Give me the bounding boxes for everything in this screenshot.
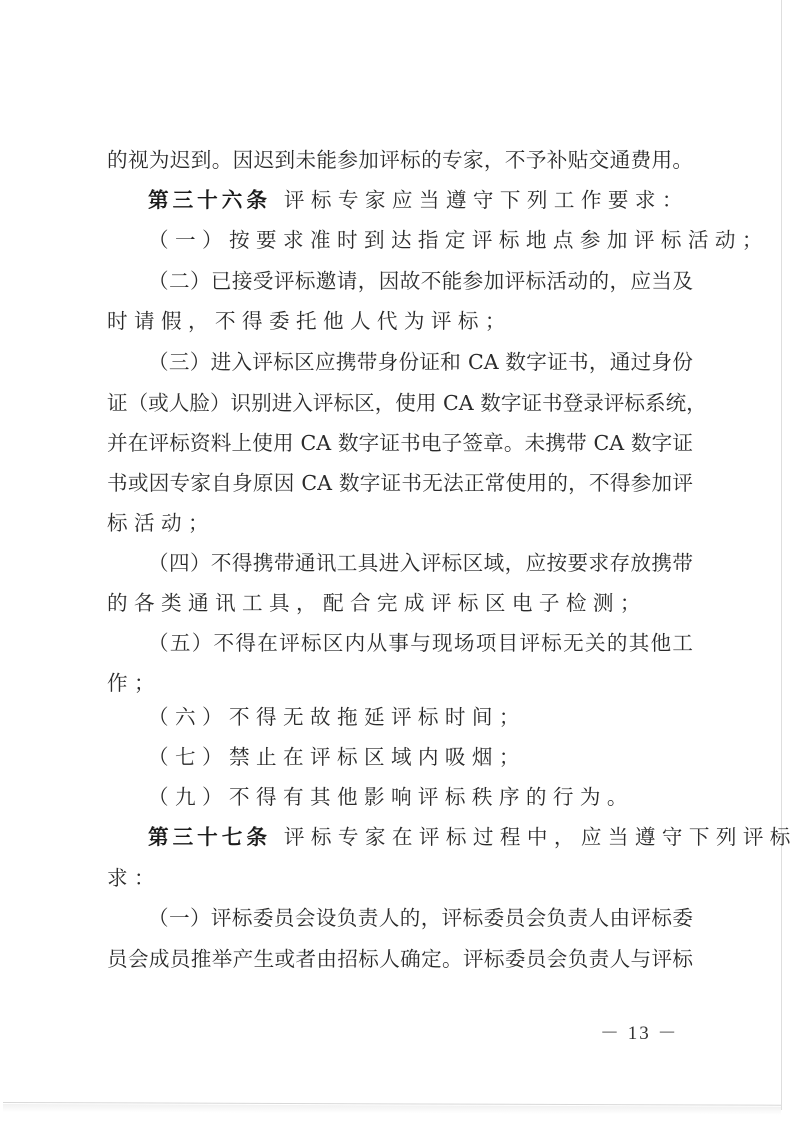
text-line: 的视为迟到。因迟到未能参加评标的专家，不予补贴交通费用。: [107, 145, 693, 175]
article-number: 第三十六条: [148, 188, 271, 212]
document-page: 的视为迟到。因迟到未能参加评标的专家，不予补贴交通费用。 第三十六条 评标专家应…: [0, 0, 793, 1121]
text-line: （一）评标委员会设负责人的，评标委员会负责人由评标委: [148, 903, 693, 933]
text-line: 标活动；: [107, 508, 693, 538]
text-line: 并在评标资料上使用 CA 数字证书电子签章。未携带 CA 数字证: [107, 428, 693, 458]
text-line: （四）不得携带通讯工具进入评标区域，应按要求存放携带: [148, 548, 693, 578]
text-line: 的各类通讯工具，配合完成评标区电子检测；: [107, 588, 693, 618]
article-text: 评标专家在评标过程中，应当遵守下列评标要: [284, 825, 793, 849]
article-text: 评标专家应当遵守下列工作要求：: [284, 188, 689, 212]
text-line: 员会成员推举产生或者由招标人确定。评标委员会负责人与评标: [107, 944, 693, 974]
text-line: 求：: [107, 863, 693, 893]
page-shadow-bottom: [3, 1104, 781, 1115]
text-line: （三）进入评标区应携带身份证和 CA 数字证书，通过身份: [148, 347, 693, 377]
page-number: － 13 －: [600, 1018, 679, 1045]
text-line: 时请假，不得委托他人代为评标；: [107, 306, 693, 336]
text-line: （二）已接受评标邀请，因故不能参加评标活动的，应当及: [148, 266, 693, 296]
article-number: 第三十七条: [148, 825, 271, 849]
page-edge-right: [781, 0, 782, 1110]
text-line: （九）不得有其他影响评标秩序的行为。: [148, 782, 693, 812]
article-heading: 第三十七条 评标专家在评标过程中，应当遵守下列评标要: [148, 822, 693, 852]
text-line: （六）不得无故拖延评标时间；: [148, 702, 693, 732]
text-line: 证（或人脸）识别进入评标区，使用 CA 数字证书登录评标系统，: [107, 388, 693, 418]
article-heading: 第三十六条 评标专家应当遵守下列工作要求：: [148, 185, 693, 215]
text-line: 书或因专家自身原因 CA 数字证书无法正常使用的，不得参加评: [107, 468, 693, 498]
text-line: （五）不得在评标区内从事与现场项目评标无关的其他工: [148, 628, 693, 658]
text-line: 作；: [107, 668, 693, 698]
text-line: （七）禁止在评标区域内吸烟；: [148, 742, 693, 772]
text-line: （一）按要求准时到达指定评标地点参加评标活动；: [148, 225, 693, 255]
